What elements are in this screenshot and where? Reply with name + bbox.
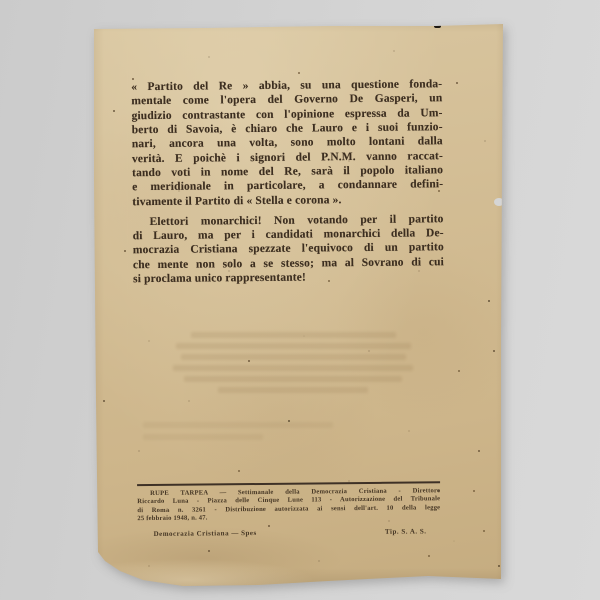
paragraph-appeal: Elettori monarchici! Non votando per il …	[132, 212, 444, 287]
text-line: tivamente il Partito di « Stella e coron…	[132, 192, 443, 209]
paper-speckles	[88, 20, 90, 22]
paper-surface: « Partito del Re » abbia, su una questio…	[88, 20, 508, 588]
text-line: si proclama unico rappresentante!	[133, 269, 444, 286]
body-text: « Partito del Re » abbia, su una questio…	[131, 77, 444, 286]
leaflet-sheet: « Partito del Re » abbia, su una questio…	[88, 20, 508, 588]
text-line: 25 febbraio 1948, n. 47.	[137, 513, 440, 525]
printer-credit: Tip. S. A. S.	[385, 527, 427, 535]
right-edge-notch	[494, 198, 504, 206]
credits-row: Democrazia Cristiana — Spes Tip. S. A. S…	[138, 527, 441, 538]
top-edge-ink-mark	[434, 24, 441, 28]
imprint-footer: RUPE TARPEA — Settimanale della Democraz…	[137, 481, 441, 538]
photo-background: « Partito del Re » abbia, su una questio…	[0, 0, 600, 600]
printed-content: « Partito del Re » abbia, su una questio…	[131, 77, 447, 552]
text-line: che mente non solo a se stesso; ma al So…	[133, 255, 444, 272]
imprint-text: RUPE TARPEA — Settimanale della Democraz…	[137, 487, 440, 524]
text-line: e meridionale in particolare, a condanna…	[132, 178, 443, 195]
publisher-credit: Democrazia Cristiana — Spes	[154, 529, 257, 538]
footer-rule	[137, 481, 440, 486]
paragraph-continuation: « Partito del Re » abbia, su una questio…	[131, 77, 443, 209]
